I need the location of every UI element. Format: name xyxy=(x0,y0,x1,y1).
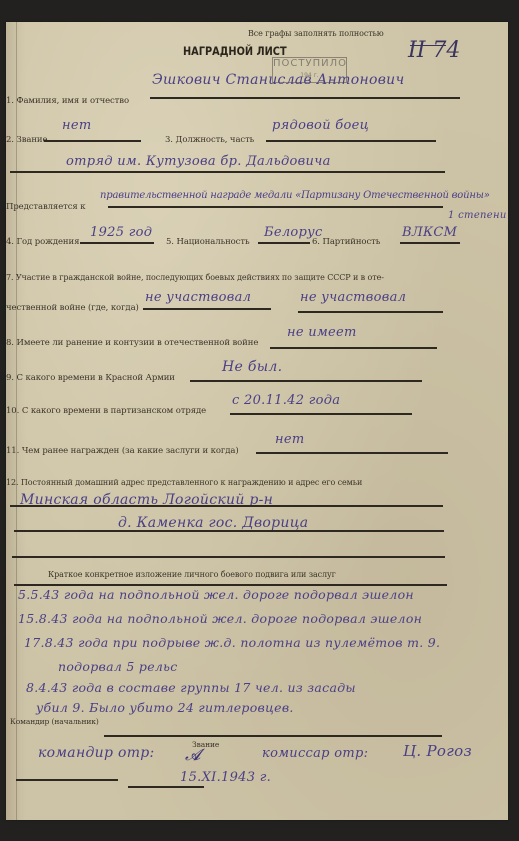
rule xyxy=(298,311,443,313)
rule xyxy=(143,308,271,310)
archive-mark xyxy=(410,45,446,46)
rule xyxy=(108,206,443,208)
wounds-value: не имеет xyxy=(287,325,357,340)
feat-line: подорвал 5 рельс xyxy=(58,659,178,674)
rule xyxy=(190,380,422,382)
rule xyxy=(266,140,436,142)
rule xyxy=(230,413,412,415)
participation-value-b: не участвовал xyxy=(300,290,406,305)
archive-number: II 74 xyxy=(408,38,460,63)
document-title: НАГРАДНОЙ ЛИСТ xyxy=(183,44,287,58)
position-label: 3. Должность, часть xyxy=(165,135,254,145)
rule xyxy=(128,786,204,788)
rule xyxy=(104,735,442,737)
nominated-note: 1 степени xyxy=(448,210,507,221)
stamp-text: ПОСТУПИЛО xyxy=(273,58,346,70)
rule xyxy=(44,140,141,142)
awards-label: 11. Чем ранее награжден (за какие заслуг… xyxy=(6,446,239,456)
position-value: рядовой боец xyxy=(272,118,369,133)
participation-value-a: не участвовал xyxy=(145,290,251,305)
rule xyxy=(12,556,445,558)
feat-line: 15.8.43 года на подпольной жел. дороге п… xyxy=(18,611,422,626)
rule xyxy=(10,505,443,507)
partisan-since-label: 10. С какого времени в партизанском отря… xyxy=(6,406,206,416)
full-name-value: Эшкович Станислав Антонович xyxy=(152,72,405,88)
instruction-text: Все графы заполнять полностью xyxy=(248,29,384,38)
nominated-value: правительственной награде медали «Партиз… xyxy=(100,190,490,201)
red-army-value: Не был. xyxy=(222,359,282,375)
partisan-since-value: с 20.11.42 года xyxy=(232,393,340,408)
rank-value: нет xyxy=(62,118,91,133)
commander-label: Командир (начальник) xyxy=(10,717,99,726)
rule xyxy=(400,242,460,244)
participation-label-2: чественной войне (где, когда) xyxy=(6,303,139,313)
nationality-label: 5. Национальность xyxy=(166,237,249,247)
party-label: 6. Партийность xyxy=(312,237,380,247)
position-value-line2: отряд им. Кутузова бр. Дальдовича xyxy=(66,154,331,169)
rule xyxy=(14,584,447,586)
rule xyxy=(10,171,445,173)
commander-signature: 𝓐 xyxy=(185,745,201,765)
feat-line: убил 9. Было убито 24 гитлеровцев. xyxy=(36,700,294,715)
rule xyxy=(14,530,444,532)
birth-year-label: 4. Год рождения xyxy=(6,237,79,247)
commissar-signature: Ц. Рогоз xyxy=(403,742,472,760)
date-value: 15.XI.1943 г. xyxy=(180,770,271,785)
feat-heading: Краткое конкретное изложение личного бое… xyxy=(48,570,336,579)
address-label: 12. Постоянный домашний адрес представле… xyxy=(6,478,362,487)
rule xyxy=(256,452,448,454)
rank-label: 2. Звание xyxy=(6,135,47,145)
feat-line: 5.5.43 года на подпольной жел. дороге по… xyxy=(18,587,414,602)
feat-line: 17.8.43 года при подрыве ж.д. полотна из… xyxy=(24,635,440,650)
address-value-2: д. Каменка гос. Дворица xyxy=(118,515,308,531)
commissar-text: комиссар отр: xyxy=(262,746,368,761)
rule xyxy=(270,347,437,349)
nominated-label: Представляется к xyxy=(6,202,85,212)
full-name-label: 1. Фамилия, имя и отчество xyxy=(6,96,129,106)
participation-label-1: 7. Участие в гражданской войне, последую… xyxy=(6,273,384,282)
wounds-label: 8. Имеете ли ранение и контузии в отечес… xyxy=(6,338,258,348)
red-army-label: 9. С какого времени в Красной Армии xyxy=(6,373,175,383)
rule xyxy=(80,242,154,244)
rule xyxy=(150,97,460,99)
birth-year-value: 1925 год xyxy=(90,225,152,240)
awards-value: нет xyxy=(275,432,304,447)
party-value: ВЛКСМ xyxy=(402,225,457,240)
rule xyxy=(258,242,310,244)
rule xyxy=(16,779,118,781)
commander-text: командир отр: xyxy=(38,745,155,761)
feat-line: 8.4.43 года в составе группы 17 чел. из … xyxy=(26,680,356,695)
